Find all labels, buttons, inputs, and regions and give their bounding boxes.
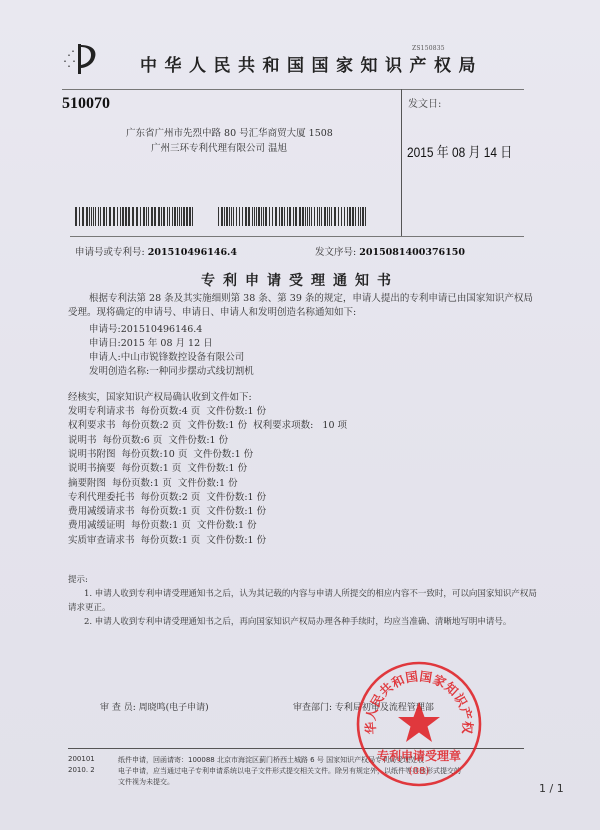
serial-number: 2015081400376150 (359, 247, 465, 258)
address-divider (70, 236, 524, 237)
received-document-item: 专利代理委托书 每份页数:2 页 文件份数:1 份 (68, 489, 266, 503)
footer-electronic-note-continued: 文件视为未提交。 (118, 777, 174, 787)
received-document-item: 说明书摘要 每份页数:1 页 文件份数:1 份 (68, 460, 247, 474)
organization-name: 中华人民共和国国家知识产权局 (140, 51, 483, 76)
footer-code-1: 200101 (68, 755, 95, 763)
notice-title: 专利申请受理通知书 (0, 270, 600, 290)
notice-intro-line1: 根据专利法第 28 条及其实施细则第 38 条、第 39 条的规定，申请人提出的… (89, 292, 533, 306)
page-indicator: 1 / 1 (539, 782, 564, 795)
hint-1: 1. 申请人收到专利申请受理通知书之后，认为其记载的内容与申请人所提交的相应内容… (84, 587, 537, 599)
header-divider (62, 89, 524, 90)
notice-field-value: 中山市锐锋数控设备有限公司 (121, 352, 245, 363)
notice-field-value: 2015 年 08 月 12 日 (121, 338, 213, 349)
received-document-item: 说明书附图 每份页数:10 页 文件份数:1 份 (68, 446, 253, 460)
hint-2: 2. 申请人收到专利申请受理通知书之后，再向国家知识产权局办理各种手续时，均应当… (84, 615, 511, 627)
hints-heading: 提示: (68, 573, 88, 585)
application-number-line: 申请号或专利号: 201510496146.4 (75, 244, 237, 258)
recipient-postcode: 510070 (62, 95, 110, 113)
serial-number-line: 发文序号: 2015081400376150 (315, 244, 465, 258)
official-seal-icon: 中华人民共和国国家知识产权局 专利申请受理章 (08) (355, 660, 483, 788)
received-document-item: 发明专利请求书 每份页数:4 页 文件份数:1 份 (68, 403, 266, 417)
examiner-name: 周晓鸣(电子申请) (139, 703, 209, 713)
notice-field: 发明创造名称:一种同步摆动式线切割机 (89, 363, 254, 377)
received-document-item: 说明书 每份页数:6 页 文件份数:1 份 (68, 432, 228, 446)
hint-1-continued: 请求更正。 (68, 601, 111, 613)
column-divider (401, 89, 402, 236)
footer-code-2: 2010. 2 (68, 766, 95, 774)
notice-intro-line2: 受理。现将确定的申请号、申请日、申请人和发明创造名称通知如下: (68, 306, 356, 320)
received-document-item: 费用减缓证明 每份页数:1 页 文件份数:1 份 (68, 517, 257, 531)
document-page: ZS150835 中华人民共和国国家知识产权局 510070 广东省广州市先烈中… (0, 0, 600, 830)
notice-field-value: 一种同步摆动式线切割机 (149, 366, 254, 377)
received-document-item: 费用减缓请求书 每份页数:1 页 文件份数:1 份 (68, 503, 266, 517)
notice-field-value: 201510496146.4 (121, 324, 203, 335)
received-heading: 经核实，国家知识产权局确认收到文件如下: (68, 389, 252, 403)
department-label: 审查部门: (293, 703, 332, 713)
barcode-1 (75, 207, 195, 226)
svg-text:专利申请受理章: 专利申请受理章 (377, 748, 461, 763)
notice-field: 申请人:中山市锐锋数控设备有限公司 (89, 349, 244, 363)
received-document-item: 实质审查请求书 每份页数:1 页 文件份数:1 份 (68, 532, 266, 546)
notice-field-label: 申请人: (89, 352, 121, 363)
received-document-item: 权利要求书 每份页数:2 页 文件份数:1 份 权利要求项数: 10 项 (68, 417, 347, 431)
notice-field-label: 申请号: (89, 324, 121, 335)
issue-date: 2015 年 08 月 14 日 (407, 142, 512, 162)
received-document-item: 摘要附图 每份页数:1 页 文件份数:1 份 (68, 475, 238, 489)
recipient-address: 广东省广州市先烈中路 80 号汇华商贸大厦 1508 (126, 125, 333, 139)
application-number-label: 申请号或专利号: (75, 247, 145, 258)
application-number: 201510496146.4 (148, 247, 237, 258)
notice-field: 申请日:2015 年 08 月 12 日 (89, 335, 213, 349)
examiner-line: 审 查 员: 周晓鸣(电子申请) (100, 700, 209, 713)
cnipa-logo-icon (60, 40, 104, 76)
notice-field-label: 发明创造名称: (89, 366, 149, 377)
examiner-label: 审 查 员: (100, 703, 136, 713)
recipient-name: 广州三环专利代理有限公司 温旭 (151, 140, 287, 154)
serial-number-label: 发文序号: (315, 247, 356, 258)
issue-date-label: 发文日: (408, 95, 441, 110)
svg-text:(08): (08) (409, 766, 430, 777)
notice-field: 申请号:201510496146.4 (89, 321, 202, 335)
notice-field-label: 申请日: (89, 338, 121, 349)
barcode-2 (218, 207, 366, 226)
